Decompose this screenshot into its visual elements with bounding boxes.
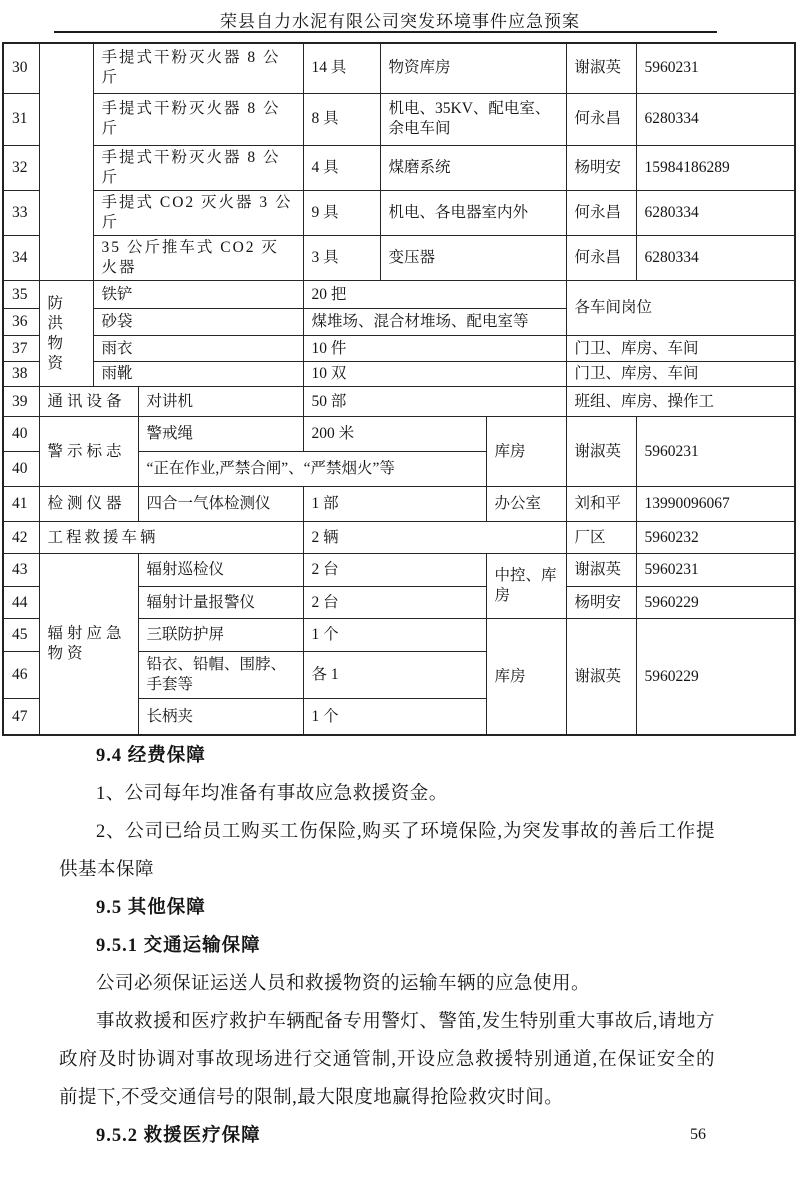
person-cell: 何永昌: [566, 93, 636, 145]
person-cell: 杨明安: [566, 145, 636, 190]
category-cell: 警示标志: [39, 417, 138, 487]
item-cell: 辐射计量报警仪: [138, 587, 303, 619]
phone-cell: 5960229: [636, 587, 795, 619]
table-row: 3435 公斤推车式 CO2 灭火器3 具变压器何永昌6280334: [3, 236, 795, 281]
phone-cell: 6280334: [636, 190, 795, 235]
row-number-cell: 39: [3, 387, 39, 417]
heading-9-5-1: 9.5.1 交通运输保障: [96, 927, 715, 965]
quantity-cell: 10 件: [303, 336, 566, 362]
row-number-cell: 45: [3, 619, 39, 652]
row-number-cell: 31: [3, 93, 39, 145]
item-cell: 对讲机: [138, 387, 303, 417]
item-cell: 铁铲: [93, 281, 303, 309]
category-cell: 防洪物资: [39, 281, 93, 387]
phone-cell: 6280334: [636, 236, 795, 281]
location-cell: 变压器: [380, 236, 566, 281]
person-cell: 谢淑英: [566, 554, 636, 587]
row-number-cell: 46: [3, 652, 39, 699]
location-cell: 物资库房: [380, 43, 566, 93]
location-cell: 门卫、库房、车间: [566, 336, 795, 362]
quantity-cell: 1 个: [303, 699, 486, 735]
row-number-cell: 38: [3, 362, 39, 387]
item-cell: 35 公斤推车式 CO2 灭火器: [93, 236, 303, 281]
row-number-cell: 42: [3, 522, 39, 554]
item-cell: 砂袋: [93, 309, 303, 336]
table-row: 41检测仪器四合一气体检测仪1 部办公室刘和平13990096067: [3, 487, 795, 522]
person-cell: 谢淑英: [566, 619, 636, 735]
quantity-cell: 4 具: [303, 145, 380, 190]
table-row: 35防洪物资铁铲20 把各车间岗位: [3, 281, 795, 309]
table-row: 30手提式干粉灭火器 8 公斤14 具物资库房谢淑英5960231: [3, 43, 795, 93]
heading-9-5: 9.5 其他保障: [96, 889, 715, 927]
item-cell: “正在作业,严禁合闸”、“严禁烟火”等: [138, 452, 486, 487]
person-cell: 谢淑英: [566, 417, 636, 487]
page-number: 56: [690, 1126, 706, 1144]
phone-cell: 5960231: [636, 554, 795, 587]
location-cell: 机电、各电器室内外: [380, 190, 566, 235]
row-number-cell: 40: [3, 417, 39, 452]
equipment-table-body: 30手提式干粉灭火器 8 公斤14 具物资库房谢淑英596023131手提式干粉…: [3, 43, 795, 735]
row-number-cell: 47: [3, 699, 39, 735]
item-cell: 手提式干粉灭火器 8 公斤: [93, 93, 303, 145]
table-row: 39通讯设备对讲机50 部班组、库房、操作工: [3, 387, 795, 417]
person-cell: 何永昌: [566, 236, 636, 281]
row-number-cell: 35: [3, 281, 39, 309]
quantity-cell: 2 台: [303, 554, 486, 587]
phone-cell: 5960232: [636, 522, 795, 554]
quantity-cell: 9 具: [303, 190, 380, 235]
table-row: 37雨衣10 件门卫、库房、车间: [3, 336, 795, 362]
table-row: 43辐射应急物资辐射巡检仪2 台中控、库房谢淑英5960231: [3, 554, 795, 587]
category-cell: 辐射应急物资: [39, 554, 138, 735]
row-number-cell: 43: [3, 554, 39, 587]
location-cell: 各车间岗位: [566, 281, 795, 336]
table-row: 40警示标志警戒绳200 米库房谢淑英5960231: [3, 417, 795, 452]
body-text: 9.4 经费保障 1、公司每年均准备有事故应急救援资金。 2、公司已给员工购买工…: [0, 737, 800, 1155]
document-title: 荣县自力水泥有限公司突发环境事件应急预案: [0, 7, 800, 32]
row-number-cell: 30: [3, 43, 39, 93]
quantity-cell: 8 具: [303, 93, 380, 145]
person-cell: 厂区: [566, 522, 636, 554]
row-number-cell: 34: [3, 236, 39, 281]
item-cell: 铅衣、铅帽、围脖、手套等: [138, 652, 303, 699]
item-cell: 工程救援车辆: [39, 522, 303, 554]
row-number-cell: 36: [3, 309, 39, 336]
category-cell: 检测仪器: [39, 487, 138, 522]
quantity-cell: 3 具: [303, 236, 380, 281]
quantity-cell: 各 1: [303, 652, 486, 699]
row-number-cell: 33: [3, 190, 39, 235]
row-number-cell: 37: [3, 336, 39, 362]
paragraph-transport-2: 事故救援和医疗救护车辆配备专用警灯、警笛,发生特别重大事故后,请地方政府及时协调…: [59, 1003, 715, 1117]
table-row: 42工程救援车辆2 辆厂区5960232: [3, 522, 795, 554]
item-cell: 三联防护屏: [138, 619, 303, 652]
row-number-cell: 32: [3, 145, 39, 190]
header-rule: [54, 31, 717, 33]
equipment-table: 30手提式干粉灭火器 8 公斤14 具物资库房谢淑英596023131手提式干粉…: [2, 42, 796, 736]
location-cell: 门卫、库房、车间: [566, 362, 795, 387]
item-cell: 雨靴: [93, 362, 303, 387]
item-cell: 警戒绳: [138, 417, 303, 452]
heading-9-4: 9.4 经费保障: [96, 737, 715, 775]
quantity-cell: 10 双: [303, 362, 566, 387]
quantity-cell: 1 部: [303, 487, 486, 522]
item-cell: 四合一气体检测仪: [138, 487, 303, 522]
person-cell: 何永昌: [566, 190, 636, 235]
quantity-cell: 20 把: [303, 281, 566, 309]
quantity-cell: 1 个: [303, 619, 486, 652]
table-row: 38雨靴10 双门卫、库房、车间: [3, 362, 795, 387]
table-row: 32手提式干粉灭火器 8 公斤4 具煤磨系统杨明安15984186289: [3, 145, 795, 190]
quantity-cell: 2 辆: [303, 522, 566, 554]
category-cell: 通讯设备: [39, 387, 138, 417]
location-cell: 中控、库房: [486, 554, 566, 619]
item-cell: 辐射巡检仪: [138, 554, 303, 587]
row-number-cell: 41: [3, 487, 39, 522]
phone-cell: 5960229: [636, 619, 795, 735]
row-number-cell: 44: [3, 587, 39, 619]
table-row: 33手提式 CO2 灭火器 3 公斤9 具机电、各电器室内外何永昌6280334: [3, 190, 795, 235]
phone-cell: 15984186289: [636, 145, 795, 190]
quantity-cell: 50 部: [303, 387, 566, 417]
item-cell: 长柄夹: [138, 699, 303, 735]
heading-9-5-2: 9.5.2 救援医疗保障: [96, 1117, 715, 1155]
phone-cell: 6280334: [636, 93, 795, 145]
location-cell: 库房: [486, 417, 566, 487]
table-row: 31手提式干粉灭火器 8 公斤8 具机电、35KV、配电室、余电车间何永昌628…: [3, 93, 795, 145]
quantity-cell: 煤堆场、混合材堆场、配电室等: [303, 309, 566, 336]
item-cell: 手提式 CO2 灭火器 3 公斤: [93, 190, 303, 235]
item-cell: 手提式干粉灭火器 8 公斤: [93, 145, 303, 190]
location-cell: 煤磨系统: [380, 145, 566, 190]
person-cell: 谢淑英: [566, 43, 636, 93]
location-cell: 办公室: [486, 487, 566, 522]
location-cell: 班组、库房、操作工: [566, 387, 795, 417]
phone-cell: 5960231: [636, 43, 795, 93]
item-cell: 雨衣: [93, 336, 303, 362]
paragraph-transport-1: 公司必须保证运送人员和救援物资的运输车辆的应急使用。: [59, 965, 715, 1003]
person-cell: 杨明安: [566, 587, 636, 619]
quantity-cell: 2 台: [303, 587, 486, 619]
paragraph-funds: 1、公司每年均准备有事故应急救援资金。: [59, 775, 715, 813]
person-cell: 刘和平: [566, 487, 636, 522]
document-page: 荣县自力水泥有限公司突发环境事件应急预案 30手提式干粉灭火器 8 公斤14 具…: [0, 0, 800, 1178]
location-cell: 机电、35KV、配电室、余电车间: [380, 93, 566, 145]
category-cell: [39, 43, 93, 281]
item-cell: 手提式干粉灭火器 8 公斤: [93, 43, 303, 93]
location-cell: 库房: [486, 619, 566, 735]
row-number-cell: 40: [3, 452, 39, 487]
paragraph-insurance: 2、公司已给员工购买工伤保险,购买了环境保险,为突发事故的善后工作提供基本保障: [59, 813, 715, 889]
phone-cell: 13990096067: [636, 487, 795, 522]
quantity-cell: 200 米: [303, 417, 486, 452]
phone-cell: 5960231: [636, 417, 795, 487]
quantity-cell: 14 具: [303, 43, 380, 93]
